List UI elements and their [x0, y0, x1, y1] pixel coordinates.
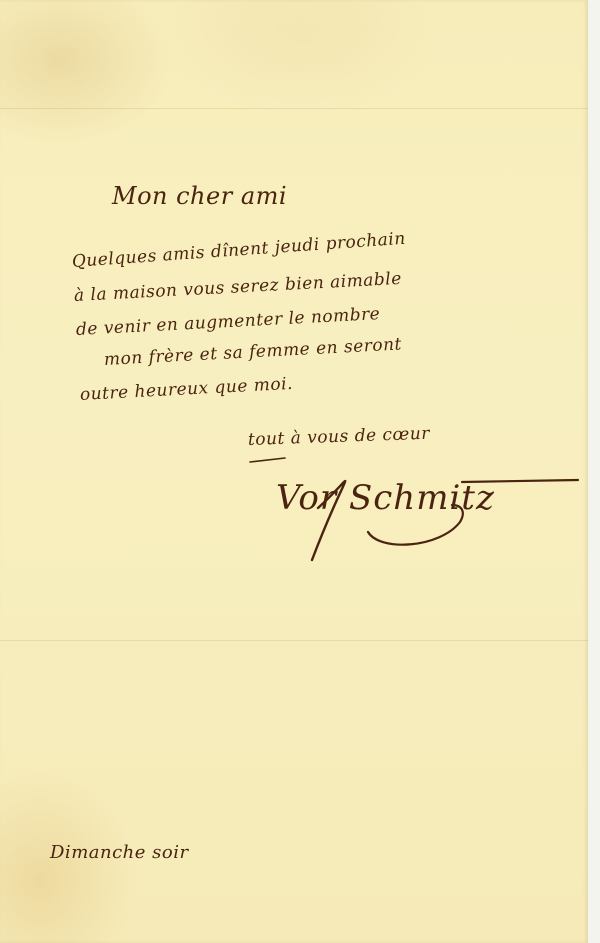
- closing-line: tout à vous de cœur: [248, 424, 431, 450]
- dateline: Dimanche soir: [50, 842, 189, 863]
- body-line-4: mon frère et sa femme en seront: [103, 334, 402, 370]
- salutation: Mon cher ami: [112, 182, 287, 210]
- paper-fold: [0, 108, 588, 109]
- signature: Vor Schmitz: [276, 478, 495, 518]
- body-line-2: à la maison vous serez bien aimable: [73, 269, 402, 306]
- body-line-5: outre heureux que moi.: [79, 374, 293, 405]
- body-line-3: de venir en augmenter le nombre: [75, 304, 380, 340]
- body-line-1: Quelques amis dînent jeudi prochain: [71, 229, 406, 272]
- letter-paper: Mon cher ami Quelques amis dînent jeudi …: [0, 0, 588, 943]
- paper-fold: [0, 640, 588, 641]
- signature-flourish-icon: [0, 0, 600, 943]
